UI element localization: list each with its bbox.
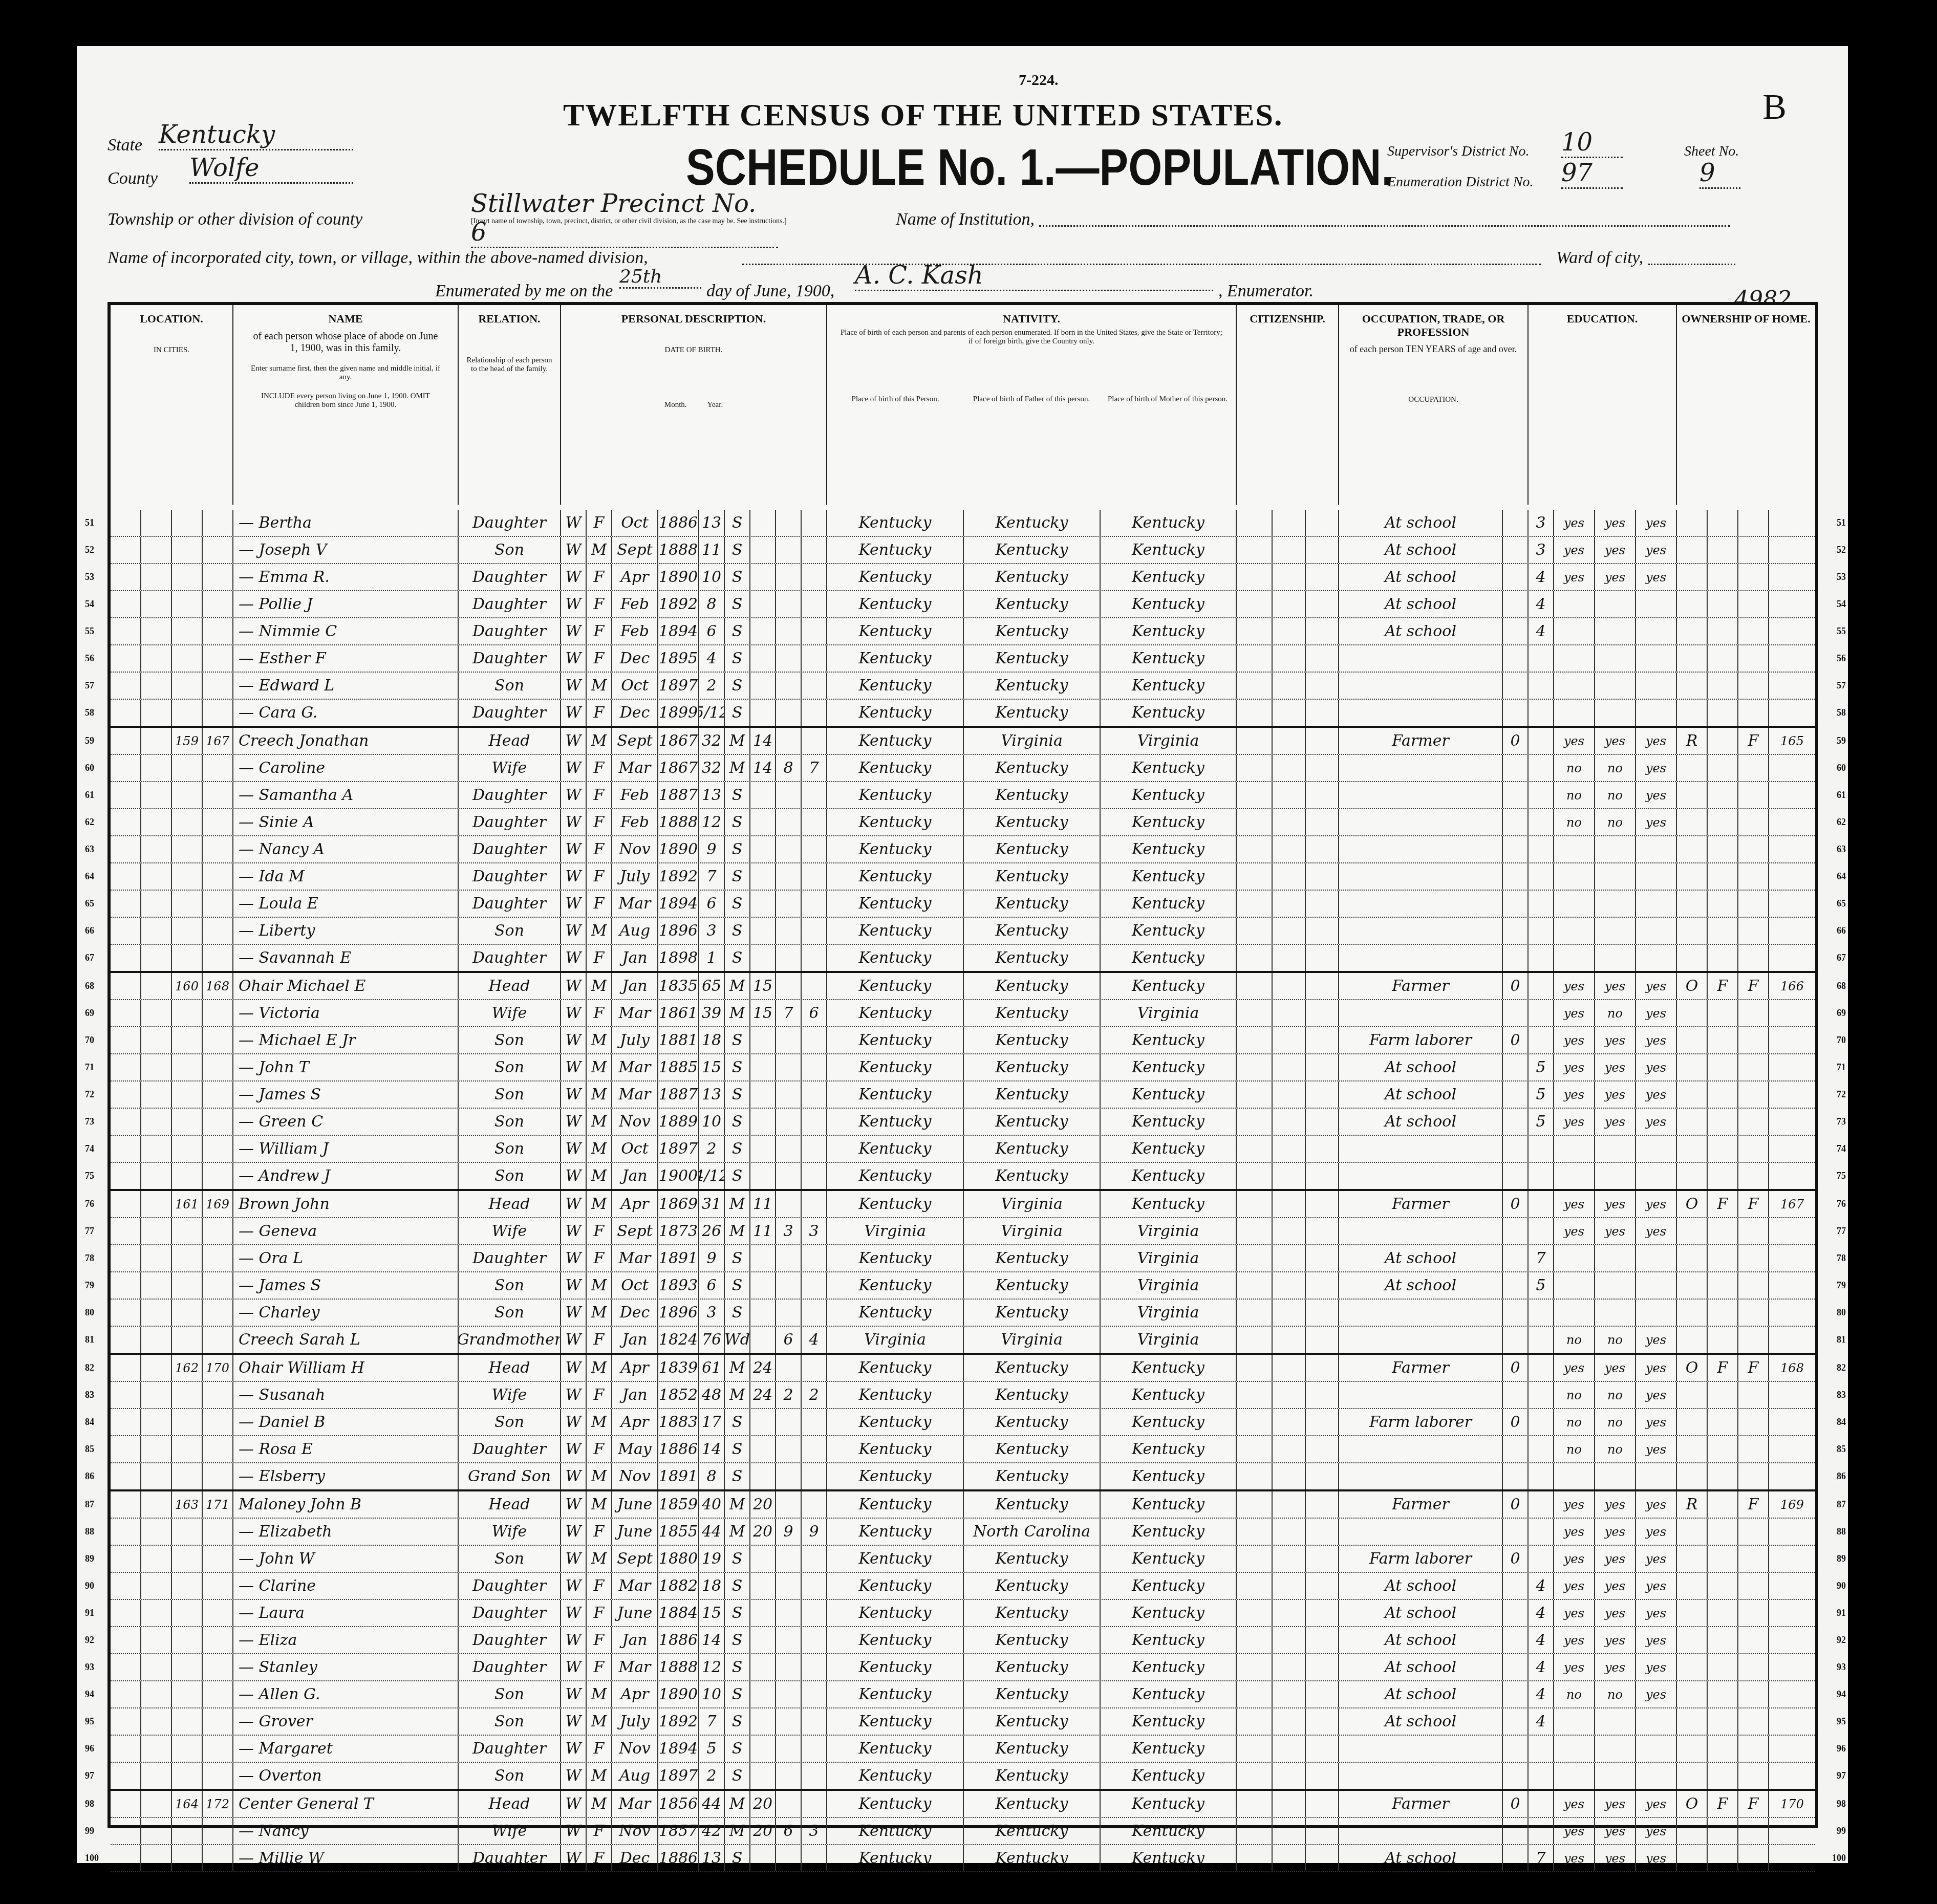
line-number-right: 66 xyxy=(1837,925,1846,936)
family-number-cell xyxy=(203,510,233,536)
name-title: NAME xyxy=(233,305,458,326)
months-unemployed-cell: 0 xyxy=(1503,1355,1529,1381)
free-mortgaged-cell xyxy=(1708,1463,1738,1489)
name-cell: — Clarine xyxy=(233,1573,459,1599)
line-number-right: 60 xyxy=(1837,763,1846,773)
birth-month-cell: Mar xyxy=(612,1081,658,1108)
relation-cell: Wife xyxy=(459,1519,561,1545)
color-cell: W xyxy=(561,1463,587,1489)
line-number-right: 92 xyxy=(1837,1635,1846,1646)
speak-english-cell: yes xyxy=(1636,1191,1677,1217)
free-mortgaged-cell xyxy=(1708,1382,1738,1408)
table-row: 64 — Ida M Daughter W F July 1892 7 S Ke… xyxy=(111,863,1815,891)
street-cell xyxy=(111,591,141,617)
free-mortgaged-cell xyxy=(1708,918,1738,944)
line-number-right: 75 xyxy=(1837,1171,1846,1181)
mother-birthplace-cell: Kentucky xyxy=(1101,1763,1237,1789)
can-read-cell: no xyxy=(1554,1327,1595,1353)
line-number-left: 51 xyxy=(85,517,94,528)
father-birthplace-cell: Virginia xyxy=(964,1218,1101,1244)
children-born-cell: 7 xyxy=(776,1000,802,1026)
line-number-left: 60 xyxy=(85,763,94,773)
can-write-cell xyxy=(1595,863,1636,890)
birth-year-cell: 1887 xyxy=(658,1081,699,1108)
months-unemployed-cell xyxy=(1503,755,1529,781)
speak-english-cell: yes xyxy=(1636,1573,1677,1599)
color-cell: W xyxy=(561,591,587,617)
free-mortgaged-cell xyxy=(1708,1491,1738,1518)
dwelling-number-cell xyxy=(172,1109,203,1135)
table-row: 74 — William J Son W M Oct 1897 2 S Kent… xyxy=(111,1136,1815,1163)
family-number-cell xyxy=(203,782,233,808)
line-number-left: 56 xyxy=(85,653,94,664)
age-cell: 5/12 xyxy=(699,700,725,726)
birth-month-cell: June xyxy=(612,1600,658,1626)
table-row: 65 — Loula E Daughter W F Mar 1894 6 S K… xyxy=(111,891,1815,918)
naturalization-cell xyxy=(1306,809,1339,835)
line-number-left: 77 xyxy=(85,1226,94,1237)
marital-cell: S xyxy=(725,1136,750,1162)
marital-cell: S xyxy=(725,1573,750,1599)
personal-title: PERSONAL DESCRIPTION. xyxy=(561,305,826,326)
farm-schedule-cell xyxy=(1769,1818,1815,1844)
family-number-cell xyxy=(203,673,233,699)
school-months-cell xyxy=(1529,782,1554,808)
birthplace-cell: Kentucky xyxy=(827,1654,964,1680)
immigration-year-cell xyxy=(1237,1681,1273,1707)
relation-cell: Daughter xyxy=(459,700,561,726)
farm-house-cell xyxy=(1738,1245,1769,1271)
birth-year-cell: 1894 xyxy=(658,1736,699,1762)
can-write-cell xyxy=(1595,1463,1636,1489)
father-birthplace-cell: Kentucky xyxy=(964,918,1101,944)
farm-house-cell xyxy=(1738,1818,1769,1844)
can-write-cell xyxy=(1595,1763,1636,1789)
year-label: Year. xyxy=(707,401,723,409)
birth-month-cell: Nov xyxy=(612,1818,658,1844)
family-number-cell xyxy=(203,1382,233,1408)
school-months-cell: 7 xyxy=(1529,1245,1554,1271)
free-mortgaged-cell xyxy=(1708,1163,1738,1189)
line-number-right: 62 xyxy=(1837,817,1846,828)
house-number-cell xyxy=(141,510,172,536)
relation-desc: Relationship of each person to the head … xyxy=(459,326,560,404)
can-read-cell: yes xyxy=(1554,1218,1595,1244)
immigration-year-cell xyxy=(1237,945,1273,971)
birthplace-cell: Kentucky xyxy=(827,1791,964,1817)
house-number-cell xyxy=(141,1245,172,1271)
naturalization-cell xyxy=(1306,1409,1339,1435)
street-cell xyxy=(111,1327,141,1353)
marital-cell: M xyxy=(725,973,750,999)
marital-cell: S xyxy=(725,1436,750,1462)
owned-rented-cell xyxy=(1677,755,1708,781)
house-number-cell xyxy=(141,618,172,644)
birthplace-cell: Kentucky xyxy=(827,618,964,644)
free-mortgaged-cell xyxy=(1708,945,1738,971)
speak-english-cell: yes xyxy=(1636,809,1677,835)
house-number-cell xyxy=(141,945,172,971)
birth-year-cell: 1897 xyxy=(658,673,699,699)
speak-english-cell: yes xyxy=(1636,1081,1677,1108)
house-number-cell xyxy=(141,728,172,754)
marital-cell: S xyxy=(725,1245,750,1271)
name-cell: — Rosa E xyxy=(233,1436,459,1462)
can-write-cell: yes xyxy=(1595,973,1636,999)
sex-cell: F xyxy=(587,1573,612,1599)
farm-schedule-cell xyxy=(1769,1681,1815,1707)
months-unemployed-cell xyxy=(1503,1763,1529,1789)
children-born-cell xyxy=(776,782,802,808)
line-number-right: 88 xyxy=(1837,1526,1846,1537)
line-number-right: 91 xyxy=(1837,1608,1846,1618)
table-row: 54 — Pollie J Daughter W F Feb 1892 8 S … xyxy=(111,591,1815,618)
immigration-year-cell xyxy=(1237,1355,1273,1381)
father-birthplace-cell: Kentucky xyxy=(964,945,1101,971)
marital-cell: S xyxy=(725,1546,750,1572)
birth-month-cell: Feb xyxy=(612,591,658,617)
father-birthplace-cell: Kentucky xyxy=(964,1109,1101,1135)
location-header: LOCATION. IN CITIES. xyxy=(111,305,233,505)
birthplace-cell: Kentucky xyxy=(827,1136,964,1162)
sex-cell: M xyxy=(587,1409,612,1435)
can-write-cell xyxy=(1595,591,1636,617)
occupation-cell xyxy=(1339,1436,1503,1462)
mother-birthplace-cell: Virginia xyxy=(1101,1218,1237,1244)
free-mortgaged-cell xyxy=(1708,1818,1738,1844)
sex-cell: M xyxy=(587,1355,612,1381)
farm-house-cell xyxy=(1738,891,1769,917)
years-married-cell xyxy=(750,1163,776,1189)
years-in-us-cell xyxy=(1273,1272,1306,1299)
street-cell xyxy=(111,1081,141,1108)
can-write-cell xyxy=(1595,618,1636,644)
family-number-cell xyxy=(203,1463,233,1489)
dwelling-number-cell xyxy=(172,1463,203,1489)
birth-year-cell: 1886 xyxy=(658,1436,699,1462)
can-write-cell xyxy=(1595,1300,1636,1326)
can-write-cell xyxy=(1595,945,1636,971)
table-row: 87 163 171 Maloney John B Head W M June … xyxy=(111,1491,1815,1519)
immigration-year-cell xyxy=(1237,1519,1273,1545)
speak-english-cell: yes xyxy=(1636,1355,1677,1381)
line-number-left: 76 xyxy=(85,1199,94,1209)
dwelling-number-cell xyxy=(172,1654,203,1680)
months-unemployed-cell xyxy=(1503,863,1529,890)
institution-label: Name of Institution, xyxy=(896,210,1035,229)
speak-english-cell xyxy=(1636,700,1677,726)
can-read-cell xyxy=(1554,1272,1595,1299)
dwelling-number-cell: 164 xyxy=(172,1791,203,1817)
line-number-left: 94 xyxy=(85,1689,94,1700)
children-born-cell xyxy=(776,1791,802,1817)
birthplace-cell: Kentucky xyxy=(827,1054,964,1080)
line-number-right: 83 xyxy=(1837,1390,1846,1400)
immigration-year-cell xyxy=(1237,1627,1273,1653)
table-row: 94 — Allen G. Son W M Apr 1890 10 S Kent… xyxy=(111,1681,1815,1708)
birth-year-cell: 1857 xyxy=(658,1818,699,1844)
line-number-left: 75 xyxy=(85,1171,94,1181)
state-value: Kentucky xyxy=(159,120,353,150)
speak-english-cell xyxy=(1636,863,1677,890)
street-cell xyxy=(111,1436,141,1462)
birth-month-cell: June xyxy=(612,1519,658,1545)
mother-birthplace-cell: Kentucky xyxy=(1101,700,1237,726)
owned-rented-cell xyxy=(1677,1519,1708,1545)
farm-schedule-cell xyxy=(1769,918,1815,944)
years-in-us-cell xyxy=(1273,700,1306,726)
marital-cell: S xyxy=(725,1654,750,1680)
owned-rented-cell xyxy=(1677,1272,1708,1299)
street-cell xyxy=(111,809,141,835)
can-write-cell xyxy=(1595,1136,1636,1162)
birth-month-cell: July xyxy=(612,863,658,890)
name-cell: — Ora L xyxy=(233,1245,459,1271)
table-row: 58 — Cara G. Daughter W F Dec 1899 5/12 … xyxy=(111,700,1815,728)
table-row: 98 164 172 Center General T Head W M Mar… xyxy=(111,1791,1815,1818)
children-living-cell xyxy=(802,1546,827,1572)
can-write-cell: yes xyxy=(1595,1573,1636,1599)
birth-month-cell: July xyxy=(612,1708,658,1735)
birth-month-cell: Oct xyxy=(612,1272,658,1299)
farm-schedule-cell xyxy=(1769,1027,1815,1053)
immigration-year-cell xyxy=(1237,755,1273,781)
years-married-cell xyxy=(750,1054,776,1080)
years-in-us-cell xyxy=(1273,1109,1306,1135)
children-born-cell: 9 xyxy=(776,1519,802,1545)
months-unemployed-cell xyxy=(1503,591,1529,617)
family-number-cell xyxy=(203,1546,233,1572)
line-number-left: 59 xyxy=(85,735,94,746)
father-birthplace-cell: Kentucky xyxy=(964,510,1101,536)
sex-cell: F xyxy=(587,836,612,862)
years-in-us-cell xyxy=(1273,1327,1306,1353)
birth-year-cell: 1893 xyxy=(658,1272,699,1299)
years-in-us-cell xyxy=(1273,1436,1306,1462)
birth-month-cell: Jan xyxy=(612,973,658,999)
naturalization-cell xyxy=(1306,1355,1339,1381)
children-born-cell xyxy=(776,645,802,672)
street-cell xyxy=(111,1491,141,1518)
dwelling-number-cell xyxy=(172,510,203,536)
free-mortgaged-cell xyxy=(1708,1573,1738,1599)
farm-house-cell xyxy=(1738,1654,1769,1680)
dwelling-number-cell xyxy=(172,782,203,808)
name-cell: Brown John xyxy=(233,1191,459,1217)
immigration-year-cell xyxy=(1237,1054,1273,1080)
birth-year-cell: 1861 xyxy=(658,1000,699,1026)
years-in-us-cell xyxy=(1273,1573,1306,1599)
dwelling-number-cell xyxy=(172,1736,203,1762)
house-number-cell xyxy=(141,1736,172,1762)
color-cell: W xyxy=(561,1654,587,1680)
name-cell: — Charley xyxy=(233,1300,459,1326)
naturalization-cell xyxy=(1306,1191,1339,1217)
birthplace-cell: Kentucky xyxy=(827,755,964,781)
age-cell: 3 xyxy=(699,1300,725,1326)
birth-father-label: Place of birth of Father of this person. xyxy=(963,395,1100,404)
line-number-right: 79 xyxy=(1837,1280,1846,1291)
color-cell: W xyxy=(561,1300,587,1326)
street-cell xyxy=(111,1681,141,1707)
name-cell: — Overton xyxy=(233,1763,459,1789)
school-months-cell xyxy=(1529,1791,1554,1817)
color-cell: W xyxy=(561,1736,587,1762)
mother-birthplace-cell: Virginia xyxy=(1101,1272,1237,1299)
immigration-year-cell xyxy=(1237,537,1273,563)
can-read-cell xyxy=(1554,1736,1595,1762)
house-number-cell xyxy=(141,1027,172,1053)
mother-birthplace-cell: Kentucky xyxy=(1101,673,1237,699)
children-born-cell xyxy=(776,1627,802,1653)
birth-month-cell: Sept xyxy=(612,537,658,563)
speak-english-cell xyxy=(1636,645,1677,672)
can-write-cell: yes xyxy=(1595,1191,1636,1217)
years-in-us-cell xyxy=(1273,618,1306,644)
street-cell xyxy=(111,973,141,999)
name-cell: Maloney John B xyxy=(233,1491,459,1518)
name-cell: — Eliza xyxy=(233,1627,459,1653)
can-read-cell xyxy=(1554,1463,1595,1489)
relation-cell: Daughter xyxy=(459,591,561,617)
sex-cell: F xyxy=(587,591,612,617)
line-number-right: 69 xyxy=(1837,1008,1846,1019)
age-cell: 18 xyxy=(699,1573,725,1599)
mother-birthplace-cell: Kentucky xyxy=(1101,1081,1237,1108)
immigration-year-cell xyxy=(1237,1327,1273,1353)
birthplace-cell: Kentucky xyxy=(827,945,964,971)
children-born-cell xyxy=(776,510,802,536)
years-married-cell xyxy=(750,836,776,862)
father-birthplace-cell: Kentucky xyxy=(964,1546,1101,1572)
children-born-cell xyxy=(776,1681,802,1707)
children-born-cell xyxy=(776,1491,802,1518)
table-row: 69 — Victoria Wife W F Mar 1861 39 M 15 … xyxy=(111,1000,1815,1027)
years-married-cell xyxy=(750,1845,776,1871)
age-cell: 19 xyxy=(699,1546,725,1572)
house-number-cell xyxy=(141,1763,172,1789)
street-cell xyxy=(111,1708,141,1735)
name-cell: — Susanah xyxy=(233,1382,459,1408)
dwelling-number-cell xyxy=(172,673,203,699)
school-months-cell xyxy=(1529,1463,1554,1489)
name-cell: — Andrew J xyxy=(233,1163,459,1189)
can-read-cell: yes xyxy=(1554,1491,1595,1518)
immigration-year-cell xyxy=(1237,782,1273,808)
birth-year-cell: 1886 xyxy=(658,510,699,536)
children-born-cell xyxy=(776,673,802,699)
enumerator-label: , Enumerator. xyxy=(1218,282,1314,301)
name-cell: — Loula E xyxy=(233,891,459,917)
mother-birthplace-cell: Kentucky xyxy=(1101,1463,1237,1489)
immigration-year-cell xyxy=(1237,891,1273,917)
house-number-cell xyxy=(141,1681,172,1707)
nativity-desc: Place of birth of each person and parent… xyxy=(827,326,1236,349)
table-row: 51 — Bertha Daughter W F Oct 1886 13 S K… xyxy=(111,510,1815,537)
relation-cell: Wife xyxy=(459,755,561,781)
free-mortgaged-cell xyxy=(1708,1409,1738,1435)
months-unemployed-cell xyxy=(1503,673,1529,699)
school-months-cell xyxy=(1529,1763,1554,1789)
family-number-cell xyxy=(203,836,233,862)
immigration-year-cell xyxy=(1237,591,1273,617)
naturalization-cell xyxy=(1306,1245,1339,1271)
table-row: 68 160 168 Ohair Michael E Head W M Jan … xyxy=(111,973,1815,1000)
years-married-cell xyxy=(750,564,776,590)
free-mortgaged-cell xyxy=(1708,755,1738,781)
naturalization-cell xyxy=(1306,1845,1339,1871)
years-married-cell: 11 xyxy=(750,1218,776,1244)
birth-month-cell: Apr xyxy=(612,564,658,590)
immigration-year-cell xyxy=(1237,1300,1273,1326)
relation-header: RELATION. Relationship of each person to… xyxy=(459,305,561,505)
free-mortgaged-cell: F xyxy=(1708,1791,1738,1817)
farm-schedule-cell xyxy=(1769,1654,1815,1680)
months-unemployed-cell xyxy=(1503,945,1529,971)
marital-cell: S xyxy=(725,1081,750,1108)
table-row: 95 — Grover Son W M July 1892 7 S Kentuc… xyxy=(111,1708,1815,1736)
can-write-cell xyxy=(1595,1736,1636,1762)
enumerator-name: A. C. Kash xyxy=(855,261,1213,291)
can-write-cell xyxy=(1595,700,1636,726)
birthplace-cell: Kentucky xyxy=(827,700,964,726)
line-number-right: 70 xyxy=(1837,1035,1846,1046)
free-mortgaged-cell xyxy=(1708,1136,1738,1162)
birth-month-cell: Nov xyxy=(612,1736,658,1762)
birthplace-cell: Kentucky xyxy=(827,1573,964,1599)
can-write-cell: yes xyxy=(1595,728,1636,754)
children-living-cell xyxy=(802,1491,827,1518)
farm-house-cell xyxy=(1738,510,1769,536)
name-cell: — Green C xyxy=(233,1109,459,1135)
street-cell xyxy=(111,1191,141,1217)
father-birthplace-cell: Kentucky xyxy=(964,1736,1101,1762)
birthplace-cell: Kentucky xyxy=(827,1627,964,1653)
occupation-cell: At school xyxy=(1339,1845,1503,1871)
months-unemployed-cell xyxy=(1503,1600,1529,1626)
street-cell xyxy=(111,1355,141,1381)
years-married-cell xyxy=(750,591,776,617)
relation-cell: Son xyxy=(459,1081,561,1108)
months-unemployed-cell xyxy=(1503,782,1529,808)
line-number-right: 61 xyxy=(1837,790,1846,800)
birth-month-cell: Nov xyxy=(612,836,658,862)
farm-schedule-cell xyxy=(1769,1763,1815,1789)
name-cell: — Caroline xyxy=(233,755,459,781)
color-cell: W xyxy=(561,1136,587,1162)
years-married-cell xyxy=(750,918,776,944)
birth-year-cell: 1890 xyxy=(658,1681,699,1707)
farm-house-cell xyxy=(1738,1627,1769,1653)
years-in-us-cell xyxy=(1273,1409,1306,1435)
can-read-cell xyxy=(1554,591,1595,617)
free-mortgaged-cell xyxy=(1708,1218,1738,1244)
school-months-cell xyxy=(1529,945,1554,971)
years-married-cell xyxy=(750,1627,776,1653)
father-birthplace-cell: Kentucky xyxy=(964,1818,1101,1844)
sex-cell: M xyxy=(587,1300,612,1326)
free-mortgaged-cell: F xyxy=(1708,973,1738,999)
house-number-cell xyxy=(141,1163,172,1189)
farm-house-cell: F xyxy=(1738,728,1769,754)
farm-schedule-cell: 170 xyxy=(1769,1791,1815,1817)
school-months-cell xyxy=(1529,755,1554,781)
line-number-left: 61 xyxy=(85,790,94,800)
free-mortgaged-cell xyxy=(1708,1027,1738,1053)
farm-schedule-cell xyxy=(1769,1327,1815,1353)
family-number-cell xyxy=(203,918,233,944)
house-number-cell xyxy=(141,973,172,999)
